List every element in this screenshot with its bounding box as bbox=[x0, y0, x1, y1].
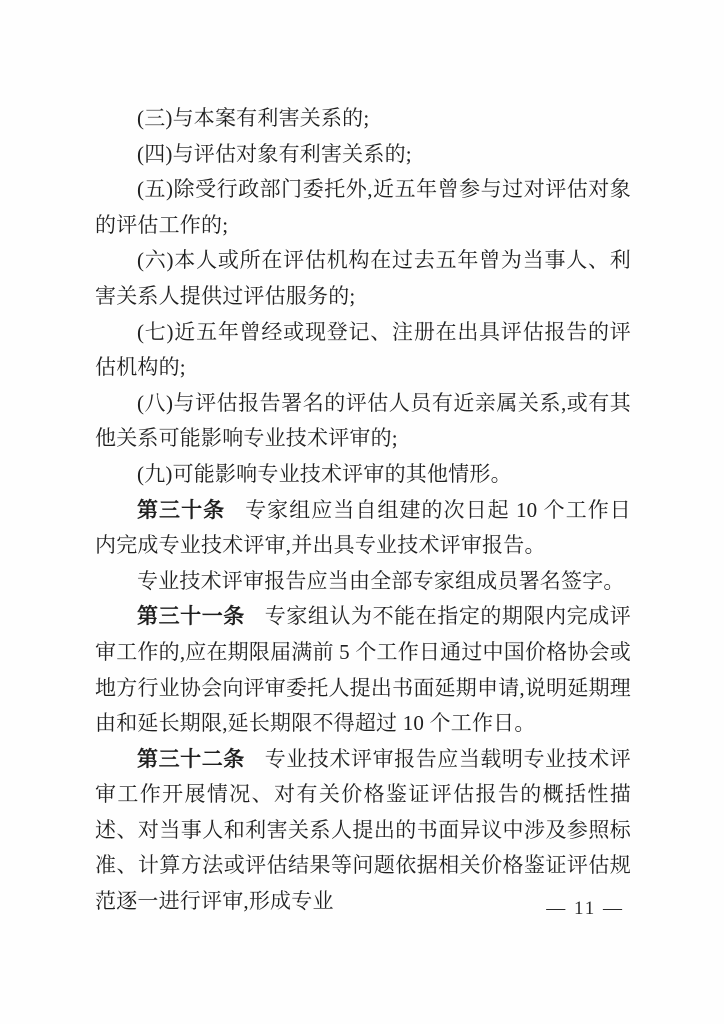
article-number: 第三十条 bbox=[137, 498, 245, 522]
paragraph: (八)与评估报告署名的评估人员有近亲属关系,或有其他关系可能影响专业技术评审的; bbox=[95, 386, 631, 457]
paragraph: (四)与评估对象有利害关系的; bbox=[95, 137, 631, 173]
paragraph: (五)除受行政部门委托外,近五年曾参与过对评估对象的评估工作的; bbox=[95, 172, 631, 243]
paragraph: (七)近五年曾经或现登记、注册在出具评估报告的评估机构的; bbox=[95, 315, 631, 386]
document-body: (三)与本案有利害关系的;(四)与评估对象有利害关系的;(五)除受行政部门委托外… bbox=[95, 101, 631, 920]
document-page: (三)与本案有利害关系的;(四)与评估对象有利害关系的;(五)除受行政部门委托外… bbox=[0, 0, 724, 1024]
article-paragraph: 第三十条专家组应当自组建的次日起 10 个工作日内完成专业技术评审,并出具专业技… bbox=[95, 493, 631, 564]
paragraph: (六)本人或所在评估机构在过去五年曾为当事人、利害关系人提供过评估服务的; bbox=[95, 243, 631, 314]
page-number: — 11 — bbox=[546, 898, 624, 920]
article-number: 第三十一条 bbox=[137, 604, 265, 628]
paragraph: (九)可能影响专业技术评审的其他情形。 bbox=[95, 457, 631, 493]
article-paragraph: 第三十一条专家组认为不能在指定的期限内完成评审工作的,应在期限届满前 5 个工作… bbox=[95, 599, 631, 741]
paragraph: (三)与本案有利害关系的; bbox=[95, 101, 631, 137]
paragraph: 专业技术评审报告应当由全部专家组成员署名签字。 bbox=[95, 564, 631, 600]
article-paragraph: 第三十二条专业技术评审报告应当载明专业技术评审工作开展情况、对有关价格鉴证评估报… bbox=[95, 742, 631, 920]
article-number: 第三十二条 bbox=[137, 747, 265, 771]
